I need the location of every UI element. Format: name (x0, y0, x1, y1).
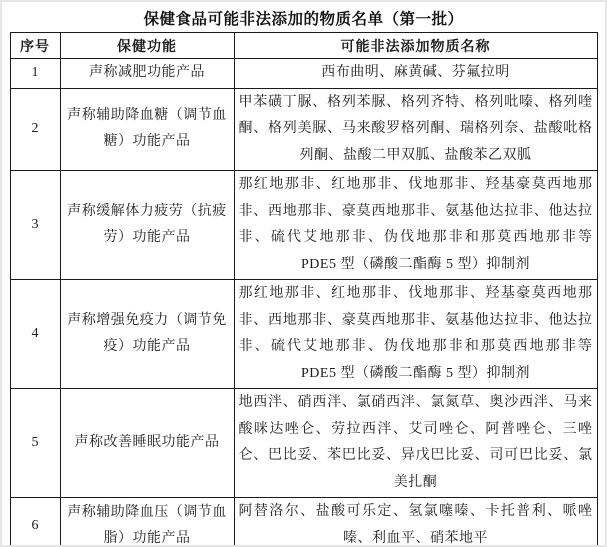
document-page: 保健食品可能非法添加的物质名单（第一批） 序号 保健功能 可能非法添加物质名称 … (0, 0, 607, 547)
cell-health-function: 声称缓解体力疲劳（抗疲劳）功能产品 (60, 171, 234, 280)
cell-substance-names: 那红地那非、红地那非、伐地那非、羟基豪莫西地那非、西地那非、豪莫西地那非、氨基他… (234, 280, 597, 389)
header-serial-number: 序号 (10, 33, 60, 59)
cell-serial-number: 5 (10, 389, 60, 498)
cell-serial-number: 2 (10, 88, 60, 171)
table-row: 1 声称减肥功能产品 西布曲明、麻黄碱、芬氟拉明 (10, 59, 597, 89)
cell-substance-names: 地西泮、硝西泮、氯硝西泮、氯氮草、奥沙西泮、马来酸咪达唑仑、劳拉西泮、艾司唑仑、… (234, 389, 597, 498)
cell-serial-number: 4 (10, 280, 60, 389)
page-title: 保健食品可能非法添加的物质名单（第一批） (2, 7, 605, 29)
table-row: 4 声称增强免疫力（调节免疫）功能产品 那红地那非、红地那非、伐地那非、羟基豪莫… (10, 280, 597, 389)
cell-substance-names: 西布曲明、麻黄碱、芬氟拉明 (234, 59, 597, 89)
table-row: 6 声称辅助降血压（调节血脂）功能产品 阿替洛尔、盐酸可乐定、氢氯噻嗪、卡托普利… (10, 498, 597, 547)
cell-health-function: 声称辅助降血糖（调节血糖）功能产品 (60, 88, 234, 171)
table-header-row: 序号 保健功能 可能非法添加物质名称 (10, 33, 597, 59)
cell-serial-number: 3 (10, 171, 60, 280)
cell-serial-number: 6 (10, 498, 60, 547)
cell-health-function: 声称改善睡眠功能产品 (60, 389, 234, 498)
cell-substance-names: 那红地那非、红地那非、伐地那非、羟基豪莫西地那非、西地那非、豪莫西地那非、氨基他… (234, 171, 597, 280)
table-row: 3 声称缓解体力疲劳（抗疲劳）功能产品 那红地那非、红地那非、伐地那非、羟基豪莫… (10, 171, 597, 280)
cell-health-function: 声称减肥功能产品 (60, 59, 234, 89)
header-health-function: 保健功能 (60, 33, 234, 59)
cell-health-function: 声称辅助降血压（调节血脂）功能产品 (60, 498, 234, 547)
cell-health-function: 声称增强免疫力（调节免疫）功能产品 (60, 280, 234, 389)
substances-table: 序号 保健功能 可能非法添加物质名称 1 声称减肥功能产品 西布曲明、麻黄碱、芬… (10, 32, 598, 547)
cell-serial-number: 1 (10, 59, 60, 89)
cell-substance-names: 甲苯磺丁脲、格列苯脲、格列齐特、格列吡嗪、格列喹酮、格列美脲、马来酸罗格列酮、瑞… (234, 88, 597, 171)
header-substance-names: 可能非法添加物质名称 (234, 33, 597, 59)
table-row: 5 声称改善睡眠功能产品 地西泮、硝西泮、氯硝西泮、氯氮草、奥沙西泮、马来酸咪达… (10, 389, 597, 498)
cell-substance-names: 阿替洛尔、盐酸可乐定、氢氯噻嗪、卡托普利、哌唑嗪、利血平、硝苯地平 (234, 498, 597, 547)
table-row: 2 声称辅助降血糖（调节血糖）功能产品 甲苯磺丁脲、格列苯脲、格列齐特、格列吡嗪… (10, 88, 597, 171)
